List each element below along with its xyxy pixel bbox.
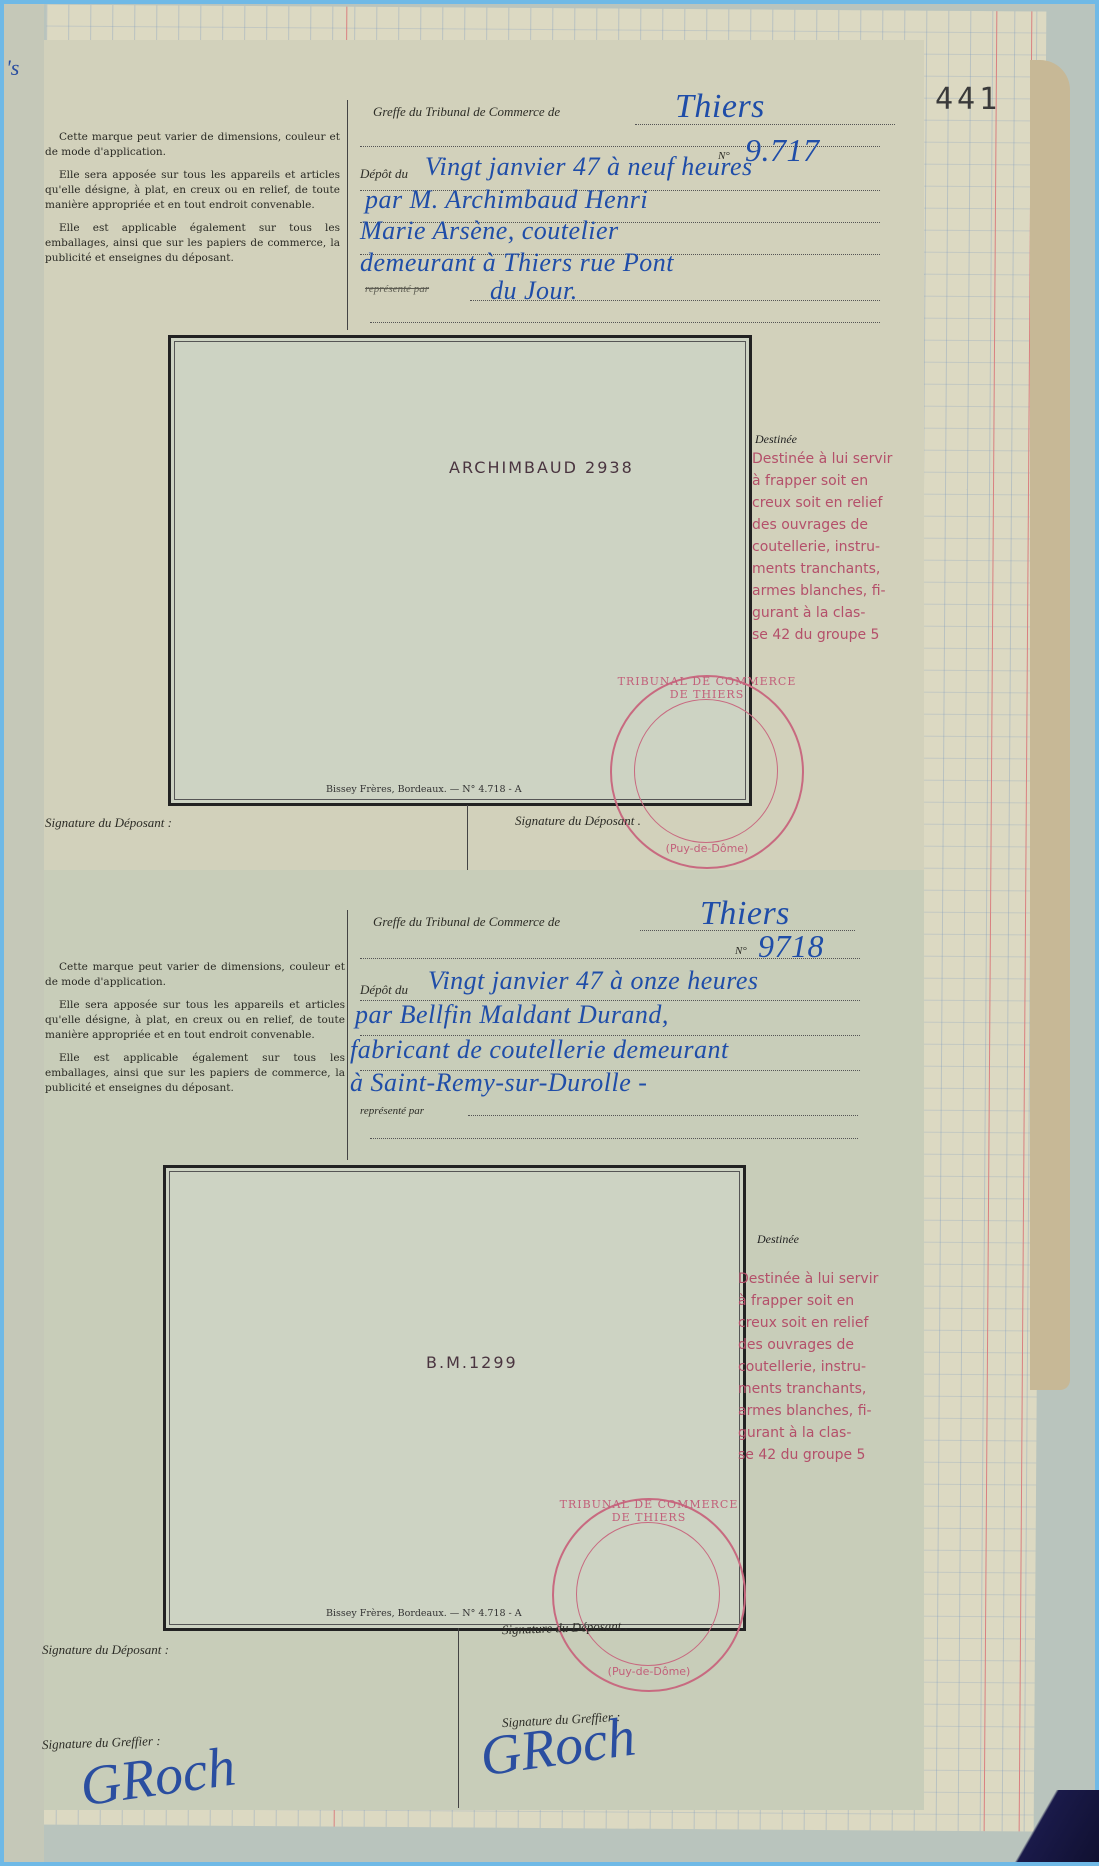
instructions-2: Cette marque peut varier de dimensions, … <box>45 960 345 1104</box>
handwritten-line: Vingt janvier 47 à neuf heures <box>425 152 753 182</box>
instruction-paragraph: Elle est applicable également sur tous l… <box>45 1051 345 1096</box>
seal-text: TRIBUNAL DE COMMERCE DE THIERS <box>554 1498 744 1524</box>
column-divider <box>347 100 348 330</box>
destination-line: coutellerie, instru- <box>752 536 932 558</box>
number-label: N° <box>735 945 747 957</box>
handwritten-line: demeurant à Thiers rue Pont <box>360 248 674 278</box>
represented-label: représenté par <box>365 283 429 295</box>
destination-line: ments tranchants, <box>752 558 932 580</box>
column-divider <box>467 805 468 870</box>
destination-label: Destinée <box>755 432 797 447</box>
destination-line: armes blanches, fi- <box>752 580 932 602</box>
destination-text-2: Destinée à lui servir à frapper soit en … <box>738 1268 918 1466</box>
court-label: Greffe du Tribunal de Commerce de <box>373 914 560 930</box>
registration-number: 9718 <box>758 928 824 965</box>
court-city-handwritten: Thiers <box>675 88 765 126</box>
handwritten-line: Marie Arsène, coutelier <box>360 216 619 246</box>
printer-credit: Bissey Frères, Bordeaux. — N° 4.718 - A <box>326 784 522 795</box>
column-divider <box>458 1628 459 1808</box>
deposit-label: Dépôt du <box>360 166 408 182</box>
depositor-signature-label: Signature du Déposant : <box>42 1642 169 1658</box>
destination-text-1: Destinée à lui servir à frapper soit en … <box>752 448 932 646</box>
rule-line <box>468 1115 858 1116</box>
handwritten-line: Vingt janvier 47 à onze heures <box>428 966 759 996</box>
handwritten-line: à Saint-Remy-sur-Durolle - <box>350 1068 647 1098</box>
court-label: Greffe du Tribunal de Commerce de <box>373 104 560 120</box>
depositor-signature-label: Signature du Déposant . <box>515 813 641 829</box>
torn-page-edge <box>1030 60 1070 1390</box>
page-number: 441 <box>935 82 1001 117</box>
instructions-1: Cette marque peut varier de dimensions, … <box>45 130 340 274</box>
desk-shadow <box>1000 1790 1099 1862</box>
trademark-stamp: B.M.1299 <box>426 1353 518 1372</box>
handwritten-line: fabricant de coutellerie demeurant <box>350 1035 729 1065</box>
instruction-paragraph: Elle sera apposée sur tous les appareils… <box>45 168 340 213</box>
destination-line: des ouvrages de <box>738 1334 918 1356</box>
instruction-paragraph: Cette marque peut varier de dimensions, … <box>45 130 340 160</box>
court-seal-1: TRIBUNAL DE COMMERCE DE THIERS (Puy-de-D… <box>610 675 804 869</box>
rule-line <box>370 322 880 323</box>
represented-label: représenté par <box>360 1105 424 1117</box>
rule-line <box>370 1138 858 1139</box>
trademark-stamp: ARCHIMBAUD 2938 <box>449 458 634 477</box>
destination-line: se 42 du groupe 5 <box>738 1444 918 1466</box>
court-line <box>635 124 895 125</box>
seal-text: TRIBUNAL DE COMMERCE DE THIERS <box>612 675 802 701</box>
handwritten-line: par Bellfin Maldant Durand, <box>355 1000 669 1030</box>
destination-label: Destinée <box>757 1232 799 1247</box>
destination-line: se 42 du groupe 5 <box>752 624 932 646</box>
destination-line: creux soit en relief <box>738 1312 918 1334</box>
court-seal-2: TRIBUNAL DE COMMERCE DE THIERS (Puy-de-D… <box>552 1498 746 1692</box>
left-margin-strip <box>4 4 44 1862</box>
destination-line: creux soit en relief <box>752 492 932 514</box>
deposit-label: Dépôt du <box>360 982 408 998</box>
destination-line: gurant à la clas- <box>752 602 932 624</box>
handwritten-line: par M. Archimbaud Henri <box>365 185 648 215</box>
column-divider <box>347 910 348 1160</box>
instruction-paragraph: Cette marque peut varier de dimensions, … <box>45 960 345 990</box>
instruction-paragraph: Elle est applicable également sur tous l… <box>45 221 340 266</box>
instruction-paragraph: Elle sera apposée sur tous les appareils… <box>45 998 345 1043</box>
destination-line: à frapper soit en <box>752 470 932 492</box>
seal-region: (Puy-de-Dôme) <box>554 1665 744 1678</box>
destination-line: coutellerie, instru- <box>738 1356 918 1378</box>
seal-region: (Puy-de-Dôme) <box>612 842 802 855</box>
margin-annotation: 's <box>6 55 19 81</box>
registration-number: 9.717 <box>745 132 820 169</box>
destination-line: Destinée à lui servir <box>752 448 932 470</box>
destination-line: armes blanches, fi- <box>738 1400 918 1422</box>
destination-line: gurant à la clas- <box>738 1422 918 1444</box>
printer-credit: Bissey Frères, Bordeaux. — N° 4.718 - A <box>326 1608 522 1619</box>
handwritten-line: du Jour. <box>490 276 578 306</box>
destination-line: à frapper soit en <box>738 1290 918 1312</box>
destination-line: Destinée à lui servir <box>738 1268 918 1290</box>
depositor-signature-label: Signature du Déposant : <box>45 815 172 831</box>
destination-line: des ouvrages de <box>752 514 932 536</box>
destination-line: ments tranchants, <box>738 1378 918 1400</box>
